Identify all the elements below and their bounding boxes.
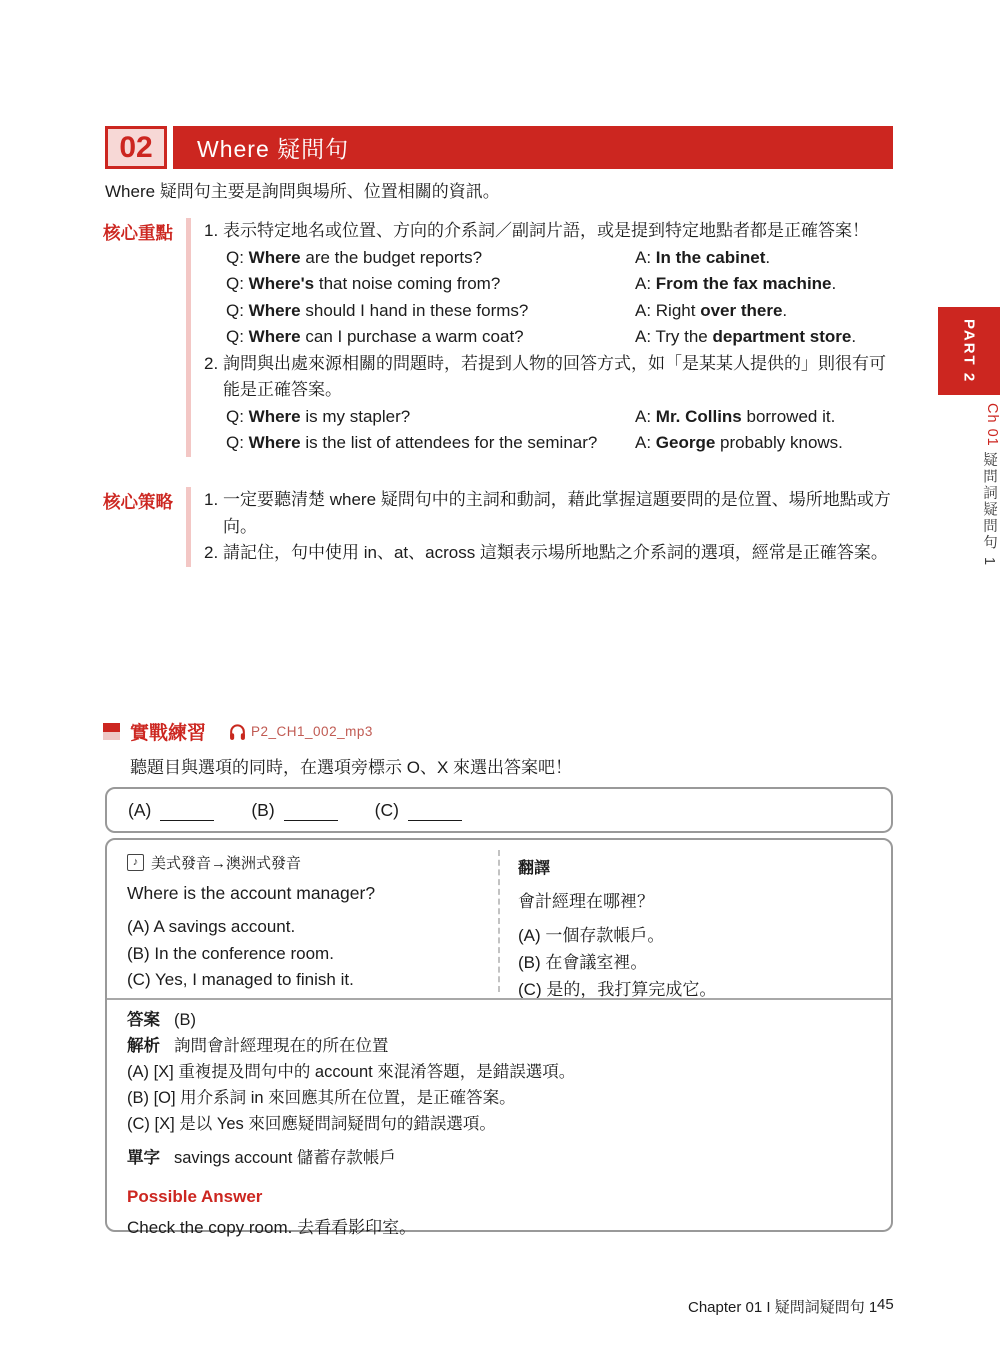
question-line: Q: Where are the budget reports? xyxy=(226,245,635,272)
answer-blank: (B) xyxy=(251,800,337,821)
question-line: Q: Where's that noise coming from? xyxy=(226,271,635,298)
accent-note-text: 美式發音→澳洲式發音 xyxy=(151,852,301,873)
translation-column: 翻譯 會計經理在哪裡？ (A) 一個存款帳戶。(B) 在會議室裡。(C) 是的，… xyxy=(518,855,716,1003)
point-text: 表示特定地名或位置、方向的介系詞／副詞片語，或是提到特定地點者都是正確答案！ xyxy=(223,218,895,245)
numbered-point: 2.詢問與出處來源相關的問題時，若提到人物的回答方式，如「是某某人提供的」則很有… xyxy=(204,351,895,404)
answer-blank: (A) xyxy=(128,800,214,821)
qa-row: Q: Where are the budget reports?A: In th… xyxy=(204,245,895,272)
analysis-lines: (A) [X] 重複提及問句中的 account 來混淆答題，是錯誤選項。(B)… xyxy=(127,1059,875,1137)
vocab-row: 單字 savings account 儲蓄存款帳戶 xyxy=(127,1145,875,1171)
practice-header: 實戰練習 P2_CH1_002_mp3 xyxy=(103,718,373,745)
point-number: 2. xyxy=(204,540,223,567)
answer-line: A: Right over there. xyxy=(635,298,895,325)
answer-line: A: From the fax machine. xyxy=(635,271,895,298)
answer-line: A: George probably knows. xyxy=(635,430,895,457)
answer-row: 答案 (B) xyxy=(127,1007,875,1033)
key-points-accent-bar xyxy=(186,218,191,457)
side-tab-chapter-title: 疑問詞疑問句 1 xyxy=(938,452,1000,567)
key-strategy-section: 核心策略 1.一定要聽清楚 where 疑問句中的主詞和動詞，藉此掌握這題要問的… xyxy=(103,487,895,567)
answer-line: A: Try the department store. xyxy=(635,324,895,351)
blank-label: (C) xyxy=(375,800,399,821)
side-tab-part: PART 2 xyxy=(938,307,1000,395)
key-strategy-body: 1.一定要聽清楚 where 疑問句中的主詞和動詞，藉此掌握這題要問的是位置、場… xyxy=(199,487,895,567)
analysis-line: (C) [X] 是以 Yes 來回應疑問詞疑問句的錯誤選項。 xyxy=(127,1111,875,1137)
option-line: (A) A savings account. xyxy=(127,914,492,941)
practice-instruction: 聽題目與選項的同時，在選項旁標示 O、X 來選出答案吧！ xyxy=(130,753,572,778)
key-strategy-label: 核心策略 xyxy=(103,487,186,567)
possible-answer-label: Possible Answer xyxy=(127,1184,875,1210)
option-line: (B) In the conference room. xyxy=(127,941,492,968)
question-text: Where is the account manager? xyxy=(127,883,492,904)
analysis-row: 解析 詢問會計經理現在的所在位置 xyxy=(127,1033,875,1059)
section-intro: Where 疑問句主要是詢問與場所、位置相關的資訊。 xyxy=(105,177,500,202)
question-options: (A) A savings account.(B) In the confere… xyxy=(127,914,492,994)
question-line: Q: Where should I hand in these forms? xyxy=(226,298,635,325)
numbered-point: 2.請記住，句中使用 in、at、across 這類表示場所地點之介系詞的選項，… xyxy=(204,540,895,567)
book-page: 02 Where 疑問句 Where 疑問句主要是詢問與場所、位置相關的資訊。 … xyxy=(0,0,1000,1367)
key-points-body: 1.表示特定地名或位置、方向的介系詞／副詞片語，或是提到特定地點者都是正確答案！… xyxy=(199,218,895,457)
footer-chapter: Chapter 01 I 疑問詞疑問句 1 xyxy=(688,1296,877,1317)
point-text: 詢問與出處來源相關的問題時，若提到人物的回答方式，如「是某某人提供的」則很有可能… xyxy=(223,351,895,404)
qa-row: Q: Where can I purchase a warm coat?A: T… xyxy=(204,324,895,351)
qa-row: Q: Where should I hand in these forms?A:… xyxy=(204,298,895,325)
analysis-line: (B) [O] 用介系詞 in 來回應其所在位置，是正確答案。 xyxy=(127,1085,875,1111)
question-line: Q: Where is the list of attendees for th… xyxy=(226,430,635,457)
blank-line xyxy=(408,804,462,821)
answer-label: 答案 xyxy=(127,1007,160,1033)
answer-section: 答案 (B) 解析 詢問會計經理現在的所在位置 (A) [X] 重複提及問句中的… xyxy=(127,1007,875,1241)
side-tab-chapter: Ch 01 xyxy=(938,403,1000,447)
analysis-text: 詢問會計經理現在的所在位置 xyxy=(174,1033,389,1059)
analysis-label: 解析 xyxy=(127,1033,160,1059)
section-title-banner: Where 疑問句 xyxy=(173,126,893,169)
practice-label: 實戰練習 xyxy=(130,718,206,745)
point-text: 一定要聽清楚 where 疑問句中的主詞和動詞，藉此掌握這題要問的是位置、場所地… xyxy=(223,487,895,540)
translation-options: (A) 一個存款帳戶。(B) 在會議室裡。(C) 是的，我打算完成它。 xyxy=(518,922,716,1003)
point-number: 2. xyxy=(204,351,223,404)
pronunciation-icon: ♪ xyxy=(127,854,144,871)
section-number: 02 xyxy=(105,126,167,169)
point-number: 1. xyxy=(204,487,223,540)
answer-section-divider xyxy=(107,998,891,1000)
practice-square-icon xyxy=(103,723,120,740)
translation-option-line: (A) 一個存款帳戶。 xyxy=(518,922,716,949)
vocab-label: 單字 xyxy=(127,1145,160,1171)
question-line: Q: Where is my stapler? xyxy=(226,404,635,431)
option-line: (C) Yes, I managed to finish it. xyxy=(127,967,492,994)
point-number: 1. xyxy=(204,218,223,245)
key-points-label: 核心重點 xyxy=(103,218,186,457)
qa-row: Q: Where's that noise coming from?A: Fro… xyxy=(204,271,895,298)
translation-option-line: (B) 在會議室裡。 xyxy=(518,949,716,976)
point-text: 請記住，句中使用 in、at、across 這類表示場所地點之介系詞的選項，經常… xyxy=(223,540,895,567)
answer-blank: (C) xyxy=(375,800,462,821)
practice-detail-box: ♪ 美式發音→澳洲式發音 Where is the account manage… xyxy=(105,838,893,1232)
qa-row: Q: Where is the list of attendees for th… xyxy=(204,430,895,457)
question-line: Q: Where can I purchase a warm coat? xyxy=(226,324,635,351)
translation-label: 翻譯 xyxy=(518,855,716,878)
blank-label: (B) xyxy=(251,800,274,821)
numbered-point: 1.表示特定地名或位置、方向的介系詞／副詞片語，或是提到特定地點者都是正確答案！ xyxy=(204,218,895,245)
answer-sheet-box: (A)(B)(C) xyxy=(105,787,893,833)
possible-answer-text: Check the copy room. 去看看影印室。 xyxy=(127,1215,875,1241)
vocab-text: savings account 儲蓄存款帳戶 xyxy=(174,1145,396,1171)
blank-label: (A) xyxy=(128,800,151,821)
answer-value: (B) xyxy=(174,1007,196,1033)
blank-line xyxy=(284,804,338,821)
question-column: ♪ 美式發音→澳洲式發音 Where is the account manage… xyxy=(127,852,492,994)
accent-note: ♪ 美式發音→澳洲式發音 xyxy=(127,852,492,873)
blank-line xyxy=(160,804,214,821)
qa-row: Q: Where is my stapler?A: Mr. Collins bo… xyxy=(204,404,895,431)
column-divider xyxy=(498,850,500,992)
answer-line: A: Mr. Collins borrowed it. xyxy=(635,404,895,431)
key-strategy-accent-bar xyxy=(186,487,191,567)
translation-text: 會計經理在哪裡？ xyxy=(518,887,716,912)
audio-file-name: P2_CH1_002_mp3 xyxy=(251,724,373,739)
answer-line: A: In the cabinet. xyxy=(635,245,895,272)
analysis-line: (A) [X] 重複提及問句中的 account 來混淆答題，是錯誤選項。 xyxy=(127,1059,875,1085)
numbered-point: 1.一定要聽清楚 where 疑問句中的主詞和動詞，藉此掌握這題要問的是位置、場… xyxy=(204,487,895,540)
footer-page-number: 45 xyxy=(877,1296,894,1313)
section-header: 02 Where 疑問句 xyxy=(105,126,893,169)
key-points-section: 核心重點 1.表示特定地名或位置、方向的介系詞／副詞片語，或是提到特定地點者都是… xyxy=(103,218,895,457)
headphones-icon xyxy=(228,723,247,742)
